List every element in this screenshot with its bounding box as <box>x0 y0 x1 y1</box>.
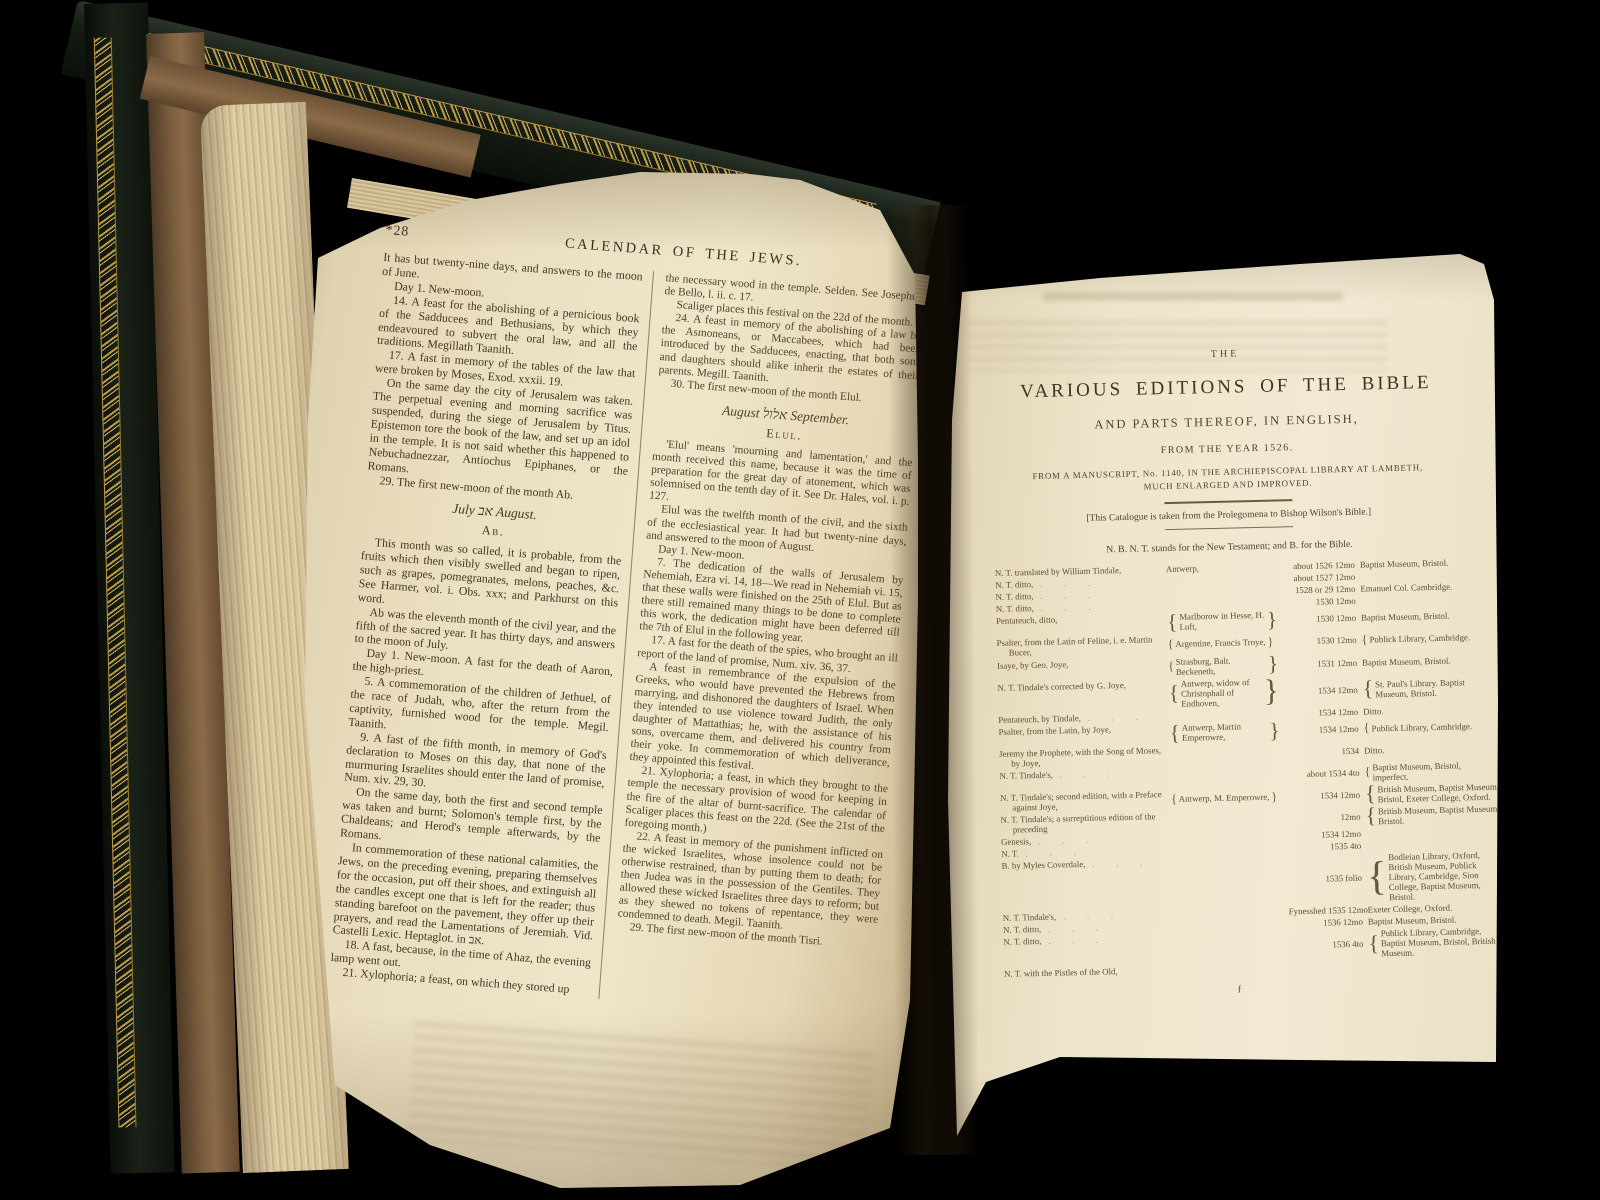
place-printer-cell <box>1171 769 1281 781</box>
brace-open: { <box>1362 680 1373 699</box>
dotted-leader: . . . <box>1041 603 1100 613</box>
date-format-cell: about 1534 4to <box>1285 767 1359 779</box>
gilt-tooling-left-border <box>94 37 137 1127</box>
date-format-cell: 1530 12mo <box>1282 596 1356 608</box>
location-text: Publick Library, Cambridge. <box>1371 721 1472 733</box>
left-page: *28 CALENDAR OF THE JEWS. It has but twe… <box>290 158 930 1198</box>
work-cell: B. by Myles Coverdale,. . . <box>1001 857 1167 871</box>
brace-open: { <box>1365 785 1376 804</box>
work-cell: Pentateuch, ditto, <box>996 613 1162 627</box>
editions-catalogue-table: N. T. translated by William Tindale,Antw… <box>995 557 1474 980</box>
work-cell: Psalter, from the Latin of Feline, i. e.… <box>996 635 1162 659</box>
location-cell <box>1366 837 1500 850</box>
brace-open: { <box>1364 767 1370 778</box>
location-cell: Baptist Museum, Bristol. <box>1362 654 1496 667</box>
nota-bene-line: N. B. N. T. stands for the New Testament… <box>994 537 1464 559</box>
date-format-cell: 1534 12mo <box>1286 789 1360 801</box>
location-cell: Ditto. <box>1364 742 1498 755</box>
location-cell: {Bodleian Library, Oxford, British Museu… <box>1366 849 1501 902</box>
dotted-leader: . . . <box>1026 848 1085 858</box>
place-printer-cell: {Strasburg, Balt. Beckeneth,} <box>1168 654 1278 677</box>
brace-open: { <box>1365 807 1376 826</box>
ornamental-rule-bottom <box>1165 527 1293 531</box>
location-text: Publick Library, Cambridge. <box>1369 633 1470 645</box>
place-printer-cell: {Antwerp, M. Emperowre,} <box>1171 791 1281 804</box>
location-cell: {British Museum, Baptist Museum, Bristol… <box>1365 781 1499 804</box>
location-text: British Museum, Baptist Museum, Bristol,… <box>1377 781 1499 804</box>
work-cell: N. T. Tindale's corrected by G. Joye, <box>997 679 1163 693</box>
location-cell: {Publick Library, Cambridge. <box>1361 632 1495 646</box>
brace-open: { <box>1167 613 1178 631</box>
ornamental-rule-top <box>1164 500 1292 505</box>
page-title: VARIOUS EDITIONS OF THE BIBLE <box>991 371 1461 404</box>
place-printer-cell <box>1175 962 1285 974</box>
signature-mark: f <box>1004 979 1474 1001</box>
location-text: Baptist Museum, Bristol. <box>1361 611 1450 623</box>
location-cell: {Publick Library, Cambridge, Baptist Mus… <box>1368 925 1503 958</box>
place-text: Antwerp, M. Emperowre, <box>1179 791 1270 803</box>
location-text: Exeter College, Oxford. <box>1368 903 1453 915</box>
brace-open: { <box>1367 860 1387 895</box>
location-cell <box>1369 957 1503 970</box>
work-cell: Isaye, by Geo. Joye, <box>997 657 1163 671</box>
date-format-cell <box>1290 961 1364 973</box>
location-cell: {Publick Library, Cambridge. <box>1363 720 1497 734</box>
left-page-text-block: *28 CALENDAR OF THE JEWS. It has but twe… <box>329 222 932 1020</box>
location-cell <box>1360 569 1494 582</box>
place-printer-cell <box>1174 940 1284 952</box>
dotted-leader: . . . <box>1048 935 1107 945</box>
manuscript-source-line: FROM A MANUSCRIPT, No. 1140, IN THE ARCH… <box>993 460 1463 497</box>
place-text: Argentine, Francis Troye, <box>1175 637 1265 649</box>
brace-open: { <box>1169 684 1180 702</box>
location-text: Ditto. <box>1364 745 1385 755</box>
date-format-cell: 1534 12mo <box>1287 828 1361 840</box>
show-through-line-ghost <box>1043 292 1343 301</box>
work-cell: N. T. Tindale's; second edition, with a … <box>1000 789 1166 813</box>
location-cell: {British Museum, Baptist Museum, Bristol… <box>1365 803 1499 826</box>
date-format-cell: 12mo <box>1286 811 1360 823</box>
location-text: Emanuel Col. Cambridge. <box>1360 582 1452 594</box>
location-cell <box>1366 825 1500 838</box>
location-text: Baptist Museum, Bristol, imperfect. <box>1372 759 1498 782</box>
brace-close: } <box>1267 611 1278 629</box>
place-printer-cell: {Antwerp, widow of Christophall of Endho… <box>1168 676 1279 709</box>
show-through-text-ghost <box>406 1020 873 1172</box>
location-text: Baptist Museum, Bristol. <box>1360 558 1449 570</box>
brace-open: { <box>1361 635 1367 646</box>
dotted-leader: . . . <box>1060 769 1119 779</box>
brace-close: } <box>1271 791 1277 801</box>
location-cell: Exeter College, Oxford. <box>1368 901 1502 914</box>
date-format-cell: 1531 12mo <box>1283 657 1357 669</box>
work-cell: N. T. ditto,. . . <box>1003 933 1169 947</box>
work-cell: N. T. Tindale's,. . . <box>999 767 1165 781</box>
place-printer-cell <box>1172 813 1282 825</box>
place-text: Antwerp, widow of Christophall of Endhov… <box>1181 676 1263 708</box>
dotted-leader: . . . <box>1048 923 1107 933</box>
date-format-cell: 1536 12mo <box>1289 917 1363 929</box>
location-text: Publick Library, Cambridge, Baptist Muse… <box>1381 925 1503 958</box>
place-text: Strasburg, Balt. Beckeneth, <box>1176 654 1266 676</box>
place-text: Antwerp, Martin Emperowre, <box>1182 720 1268 742</box>
date-format-cell: 1535 4to <box>1287 840 1361 852</box>
place-printer-cell <box>1170 747 1280 759</box>
dotted-leader: . . . <box>1040 591 1099 601</box>
date-format-cell: about 1526 12mo <box>1281 560 1355 572</box>
date-format-cell: 1528 or 29 12mo <box>1281 584 1355 596</box>
location-cell: {St. Paul's Library. Baptist Museum, Bri… <box>1362 676 1496 699</box>
brace-open: { <box>1368 934 1379 953</box>
dotted-leader: . . . <box>1038 835 1097 845</box>
brace-open: { <box>1363 723 1369 734</box>
location-text: British Museum, Baptist Museum, Bristol. <box>1378 803 1500 826</box>
work-cell: Jeremy the Prophete, with the Song of Mo… <box>999 745 1165 769</box>
catalogue-note: [This Catalogue is taken from the Proleg… <box>994 505 1464 527</box>
date-format-cell: 1534 12mo <box>1284 706 1358 718</box>
location-cell <box>1361 593 1495 606</box>
brace-close: } <box>1267 637 1273 647</box>
date-format-cell: 1530 12mo <box>1282 613 1356 625</box>
brace-open: { <box>1171 794 1177 804</box>
location-cell: Ditto. <box>1363 703 1497 716</box>
location-text: Baptist Museum, Bristol. <box>1362 655 1451 667</box>
place-printer-cell <box>1173 874 1283 886</box>
left-column: It has but twenty-nine days, and answers… <box>329 251 653 999</box>
location-cell: {Baptist Museum, Bristol, imperfect. <box>1364 759 1498 782</box>
work-cell: N. T. with the Pistles of the Old, <box>1004 965 1170 979</box>
place-printer-cell: {Antwerp, Martin Emperowre,} <box>1169 720 1279 743</box>
date-format-cell: Fynesshed 1535 12mo <box>1289 905 1363 917</box>
location-cell: Baptist Museum, Bristol. <box>1368 913 1502 926</box>
right-column: the necessary wood in the temple. Selden… <box>598 271 925 1019</box>
page-subtitle: AND PARTS THEREOF, IN ENGLISH, <box>991 409 1461 435</box>
right-page: THE VARIOUS EDITIONS OF THE BIBLE AND PA… <box>938 236 1502 1166</box>
dotted-leader: . . . <box>1088 712 1147 722</box>
brace-close: } <box>1264 678 1279 705</box>
dotted-leader: . . . <box>1040 579 1099 589</box>
place-printer-cell: {Argentine, Francis Troye,} <box>1168 637 1278 650</box>
location-text: Bodleian Library, Oxford, British Museum… <box>1388 849 1501 902</box>
brace-open: { <box>1169 723 1180 741</box>
location-text: St. Paul's Library. Baptist Museum, Bris… <box>1375 676 1497 699</box>
location-cell: Emanuel Col. Cambridge. <box>1360 581 1494 594</box>
date-format-cell: 1530 12mo <box>1282 635 1356 647</box>
location-cell: Baptist Museum, Bristol. <box>1360 557 1494 570</box>
place-printer-cell: {Marlborow in Hesse, H. Luft,} <box>1167 610 1277 633</box>
location-cell: Baptist Museum, Bristol. <box>1361 610 1495 623</box>
location-text: Ditto. <box>1363 706 1384 716</box>
date-format-cell: 1536 4to <box>1289 939 1363 951</box>
dotted-leader: . . . <box>1092 858 1151 868</box>
brace-close: } <box>1269 721 1280 739</box>
place-text: Antwerp, <box>1166 564 1199 575</box>
paragraph: A feast in remembrance of the expulsion … <box>629 660 896 784</box>
antique-book-photo: *28 CALENDAR OF THE JEWS. It has but twe… <box>0 0 1600 1200</box>
date-format-cell: 1535 folio <box>1288 873 1362 885</box>
dotted-leader: . . . <box>1063 911 1122 921</box>
date-format-cell: about 1527 12mo <box>1281 572 1355 584</box>
date-format-cell: 1534 12mo <box>1284 684 1358 696</box>
work-cell: N. T. Tindale's; a surreptitious edition… <box>1000 811 1166 835</box>
brace-open: { <box>1168 639 1174 649</box>
from-year-line: FROM THE YEAR 1526. <box>992 438 1462 460</box>
brace-close: } <box>1268 655 1279 673</box>
two-column-text: It has but twenty-nine days, and answers… <box>329 251 930 1020</box>
right-page-text-block: THE VARIOUS EDITIONS OF THE BIBLE AND PA… <box>990 343 1475 1000</box>
date-format-cell: 1534 <box>1285 745 1359 757</box>
date-format-cell: 1534 12mo <box>1284 723 1358 735</box>
work-cell: Psalter, from the Latin, by Joye, <box>998 723 1164 737</box>
brace-open: { <box>1168 661 1174 671</box>
page-number: *28 <box>385 223 456 244</box>
place-text: Marlborow in Hesse, H. Luft, <box>1179 610 1265 632</box>
location-text: Baptist Museum, Bristol. <box>1368 914 1457 926</box>
